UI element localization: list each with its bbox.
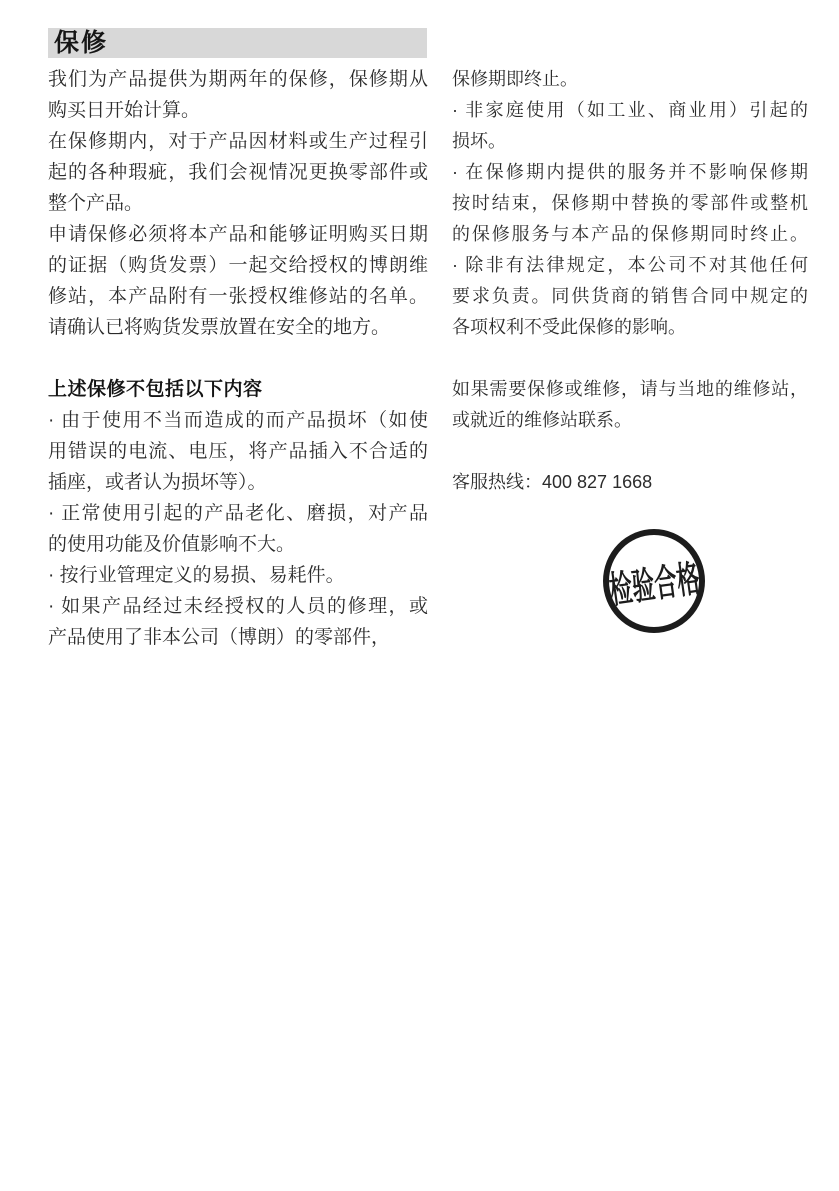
hotline-text: 客服热线：400 827 1668 (452, 467, 808, 498)
text-line: · 在保修期内提供的服务并不影响保修期 (452, 157, 808, 188)
blank-line (48, 343, 428, 374)
blank-line (452, 436, 808, 467)
text-line: 整个产品。 (48, 188, 428, 219)
text-line: · 由于使用不当而造成的而产品损坏（如使 (48, 405, 428, 436)
text-line: 在保修期内，对于产品因材料或生产过程引 (48, 126, 428, 157)
text-line: 的使用功能及价值影响不大。 (48, 529, 428, 560)
text-line: 保修期即终止。 (452, 64, 808, 95)
text-line: 插座，或者认为损坏等）。 (48, 467, 428, 498)
left-column: 我们为产品提供为期两年的保修，保修期从 购买日开始计算。 在保修期内，对于产品因… (48, 64, 428, 653)
text-line: 起的各种瑕疵，我们会视情况更换零部件或 (48, 157, 428, 188)
inspection-passed-stamp: 检验合格 (603, 529, 705, 633)
text-line: 修站，本产品附有一张授权维修站的名单。 (48, 281, 428, 312)
text-line: 要求负责。同供货商的销售合同中规定的 (452, 281, 808, 312)
text-line: 购买日开始计算。 (48, 95, 428, 126)
text-line: · 如果产品经过未经授权的人员的修理，或 (48, 591, 428, 622)
text-line: 各项权利不受此保修的影响。 (452, 312, 808, 343)
exclusions-subheading: 上述保修不包括以下内容 (48, 374, 428, 405)
text-line: 产品使用了非本公司（博朗）的零部件， (48, 622, 428, 653)
blank-line (452, 343, 808, 374)
warranty-page: 保修 我们为产品提供为期两年的保修，保修期从 购买日开始计算。 在保修期内，对于… (0, 0, 839, 1191)
text-line: · 非家庭使用（如工业、商业用）引起的 (452, 95, 808, 126)
text-line: · 除非有法律规定，本公司不对其他任何 (452, 250, 808, 281)
text-line: 或就近的维修站联系。 (452, 405, 808, 436)
page-title: 保修 (48, 28, 427, 59)
text-line: 按时结束，保修期中替换的零部件或整机 (452, 188, 808, 219)
text-line: · 正常使用引起的产品老化、磨损，对产品 (48, 498, 428, 529)
text-line: 我们为产品提供为期两年的保修，保修期从 (48, 64, 428, 95)
text-line: 如果需要保修或维修，请与当地的维修站， (452, 374, 808, 405)
text-line: 损坏。 (452, 126, 808, 157)
text-line: 的保修服务与本产品的保修期同时终止。 (452, 219, 808, 250)
text-line: 请确认已将购货发票放置在安全的地方。 (48, 312, 428, 343)
text-line: 用错误的电流、电压，将产品插入不合适的 (48, 436, 428, 467)
right-column: 保修期即终止。 · 非家庭使用（如工业、商业用）引起的 损坏。 · 在保修期内提… (452, 64, 808, 498)
text-line: 申请保修必须将本产品和能够证明购买日期 (48, 219, 428, 250)
section-header-bar: 保修 (48, 28, 427, 58)
stamp-text: 检验合格 (606, 548, 703, 614)
text-line: · 按行业管理定义的易损、易耗件。 (48, 560, 428, 591)
text-line: 的证据（购货发票）一起交给授权的博朗维 (48, 250, 428, 281)
